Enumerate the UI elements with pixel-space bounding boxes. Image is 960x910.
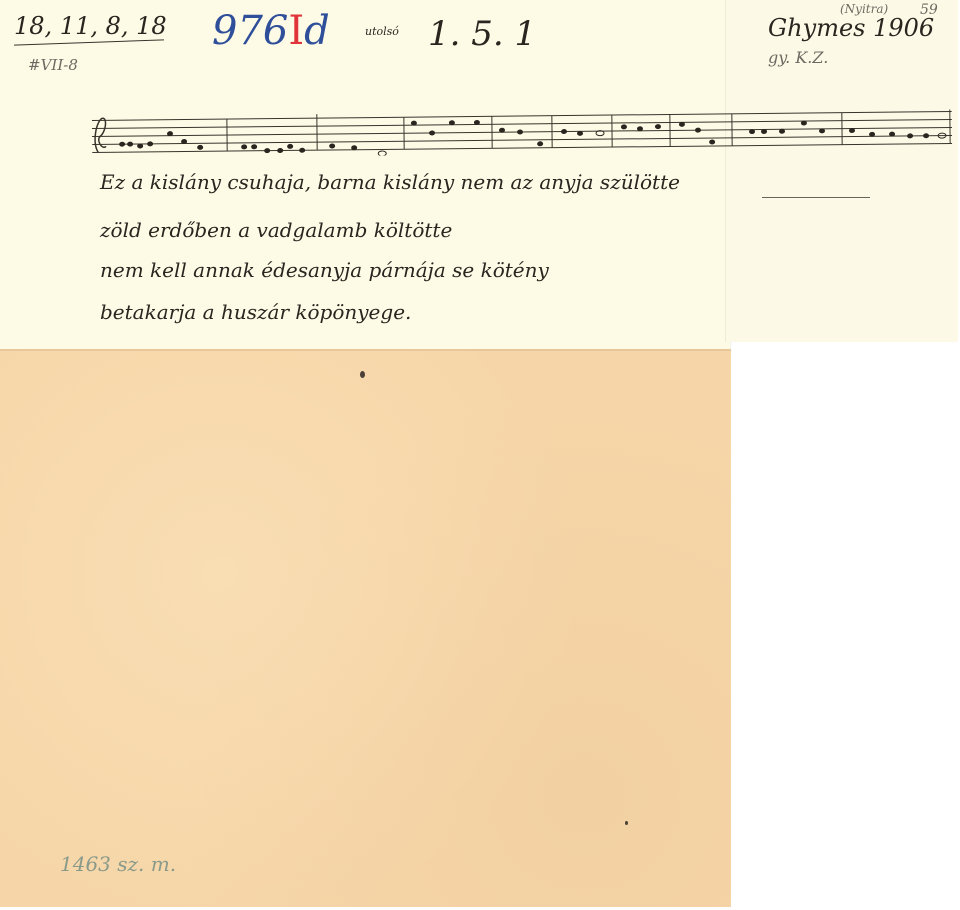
- catalog-suffix: d: [304, 8, 330, 54]
- signature-code: 18, 11, 8, 18: [14, 12, 167, 40]
- place-and-year: Ghymes 1906: [768, 14, 934, 42]
- ink-spot: [625, 821, 628, 825]
- lyric-line-1: Ez a kislány csuhaja, barna kislány nem …: [100, 170, 680, 194]
- catalog-roman: I: [288, 8, 304, 54]
- lyric-line-3: nem kell annak édesanyja párnája se köté…: [100, 258, 549, 282]
- archive-note: 1463 sz. m.: [60, 852, 176, 876]
- envelope: [0, 349, 731, 907]
- lyric-line-2: zöld erdőben a vadgalamb költötte: [100, 218, 452, 242]
- signature-subcode: #VII-8: [28, 56, 78, 74]
- lyric-line-4: betakarja a huszár köpönyege.: [100, 300, 411, 324]
- collector: gy. K.Z.: [768, 48, 828, 67]
- page-number: 59: [920, 2, 938, 18]
- catalog-note: utolsó: [365, 25, 399, 38]
- lyric-underline: [762, 197, 870, 198]
- catalog-number: 976Id: [212, 8, 330, 54]
- manuscript-card-extension: [725, 0, 958, 342]
- music-staff: [92, 103, 952, 158]
- ink-spot: [360, 371, 365, 378]
- place-name: Ghymes: [768, 14, 865, 42]
- year: 1906: [873, 14, 934, 42]
- tune-number: 1. 5. 1: [428, 14, 536, 54]
- catalog-digits: 976: [212, 8, 288, 54]
